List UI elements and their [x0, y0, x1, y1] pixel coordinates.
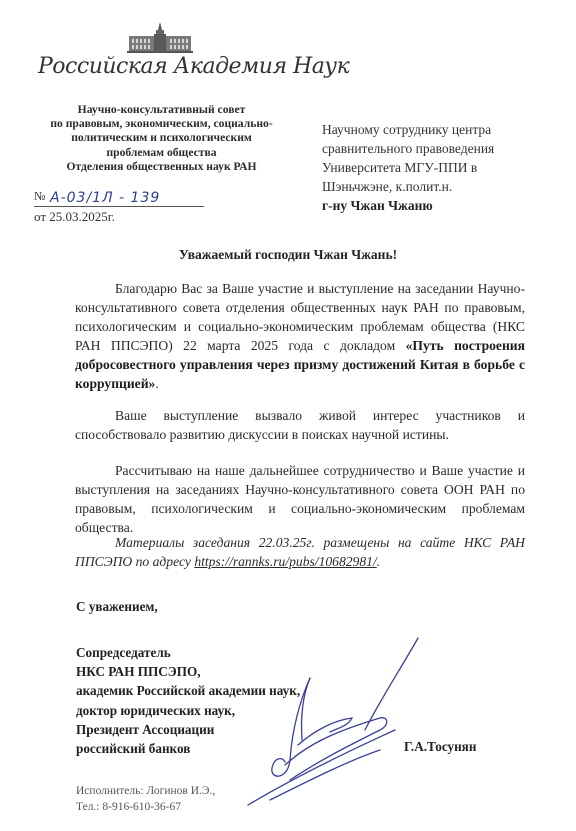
materials-link[interactable]: https://rannks.ru/pubs/10682981/: [194, 554, 376, 569]
organization-name: Научно-консультативный совет по правовым…: [44, 103, 279, 174]
executor-contact: Исполнитель: Логинов И.Э., Тел.: 8-916-6…: [76, 783, 215, 815]
number-sign: №: [34, 189, 45, 204]
body-paragraph-4: Материалы заседания 22.03.25г. размещены…: [75, 533, 525, 571]
executor-name: Исполнитель: Логинов И.Э.,: [76, 783, 215, 799]
body-paragraph-3: Рассчитываю на наше дальнейшее сотруднич…: [75, 461, 525, 537]
closing: С уважением,: [76, 599, 158, 615]
paragraph-text: Ваше выступление вызвало живой интерес у…: [75, 408, 525, 442]
paragraph-end: .: [155, 376, 158, 391]
recipient-line: Шэньчжэне, к.полит.н.: [322, 177, 562, 196]
executor-phone: Тел.: 8-916-610-36-67: [76, 799, 215, 815]
org-line: Научно-консультативный совет: [44, 103, 279, 117]
org-line: политическим и психологическим: [44, 131, 279, 145]
reference-date: от 25.03.2025г.: [34, 209, 115, 225]
recipient-line: сравнительного правоведения: [322, 139, 562, 158]
body-paragraph-2: Ваше выступление вызвало живой интерес у…: [75, 406, 525, 444]
academy-building-icon: [127, 20, 193, 54]
org-line: Отделения общественных наук РАН: [44, 160, 279, 174]
signer-name: Г.А.Тосунян: [404, 739, 476, 755]
reference-number-field: № А-03/1Л - 139: [34, 186, 204, 207]
org-line: по правовым, экономическим, социально-: [44, 117, 279, 131]
academy-name-logo: Российская Академия Наук: [38, 54, 283, 88]
handwritten-signature-icon: [230, 630, 450, 810]
body-paragraph-1: Благодарю Вас за Ваше участие и выступле…: [75, 279, 525, 393]
paragraph-end: .: [377, 554, 380, 569]
salutation: Уважаемый господин Чжан Чжань!: [0, 247, 576, 263]
recipient-line: Научному сотруднику центра: [322, 120, 562, 139]
recipient-line: Университета МГУ-ППИ в: [322, 158, 562, 177]
reference-number: А-03/1Л - 139: [50, 190, 160, 206]
org-line: проблемам общества: [44, 146, 279, 160]
recipient-name: г-ну Чжан Чжаню: [322, 196, 562, 215]
paragraph-text: Рассчитываю на наше дальнейшее сотруднич…: [75, 463, 525, 535]
recipient-block: Научному сотруднику центра сравнительног…: [322, 120, 562, 215]
